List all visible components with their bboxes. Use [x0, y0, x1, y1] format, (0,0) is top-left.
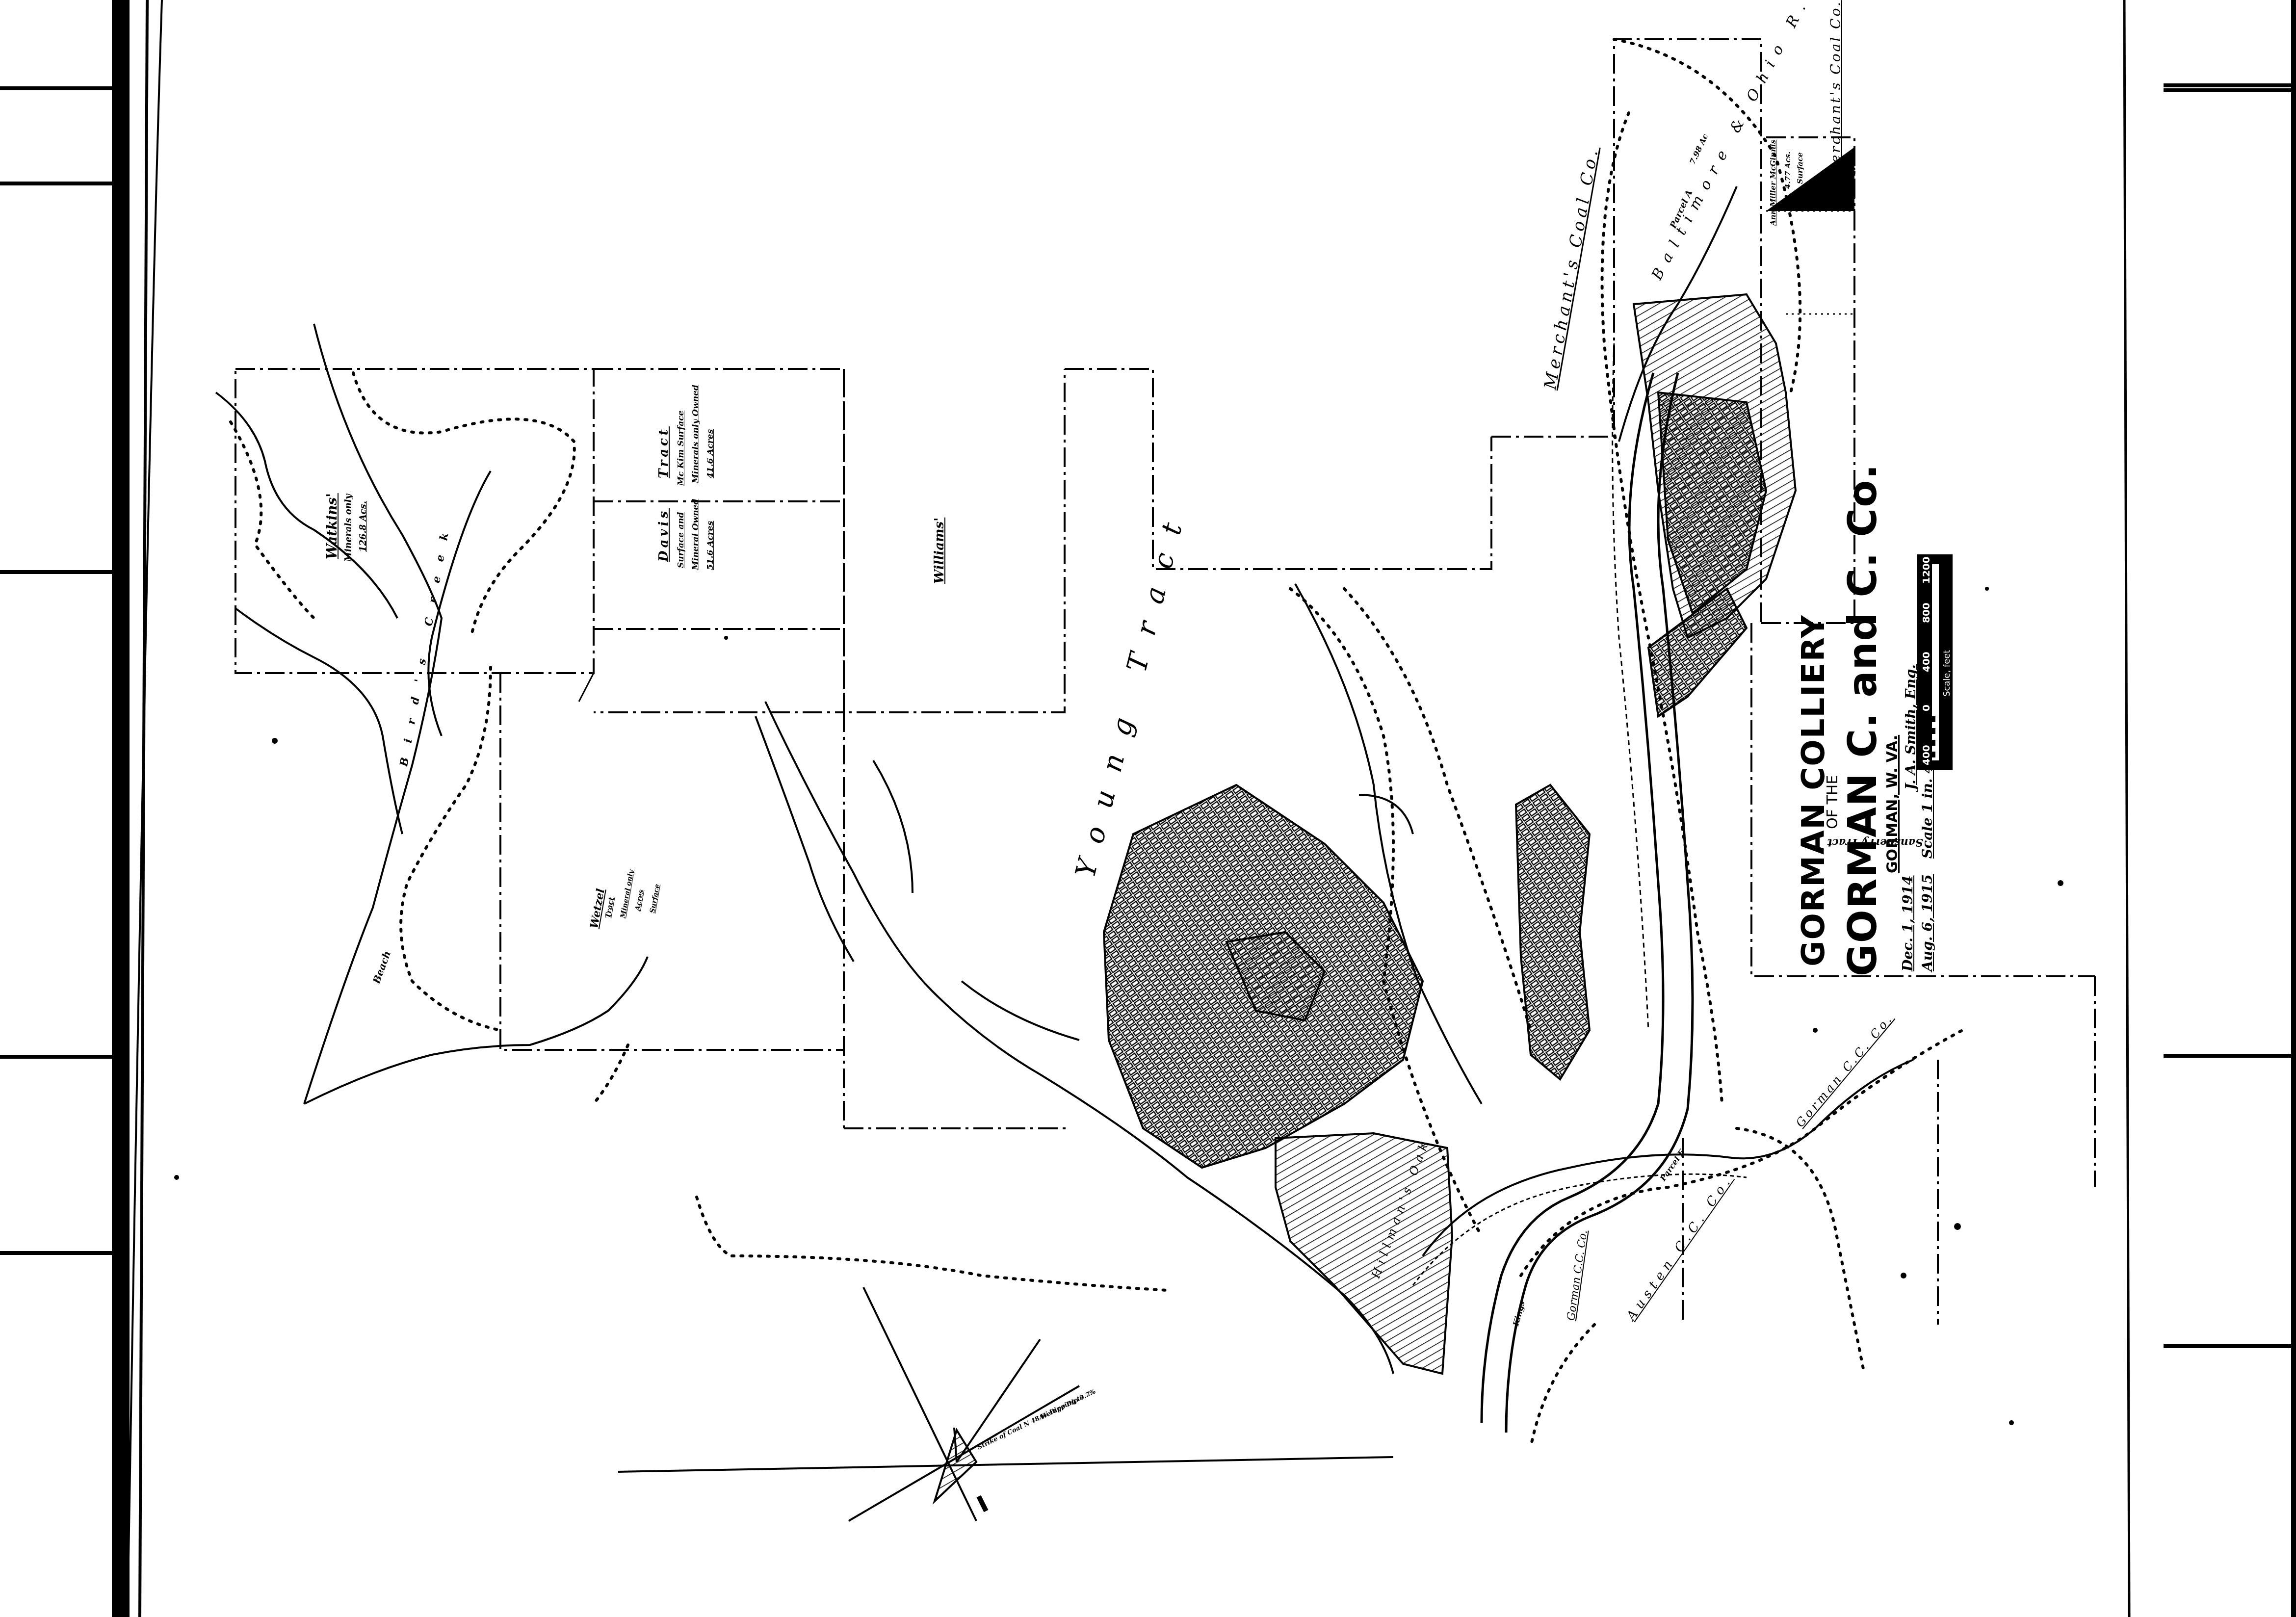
scale-tick: 400 [1920, 652, 1932, 672]
map-border-right [2124, 0, 2129, 1617]
scale-tick: 800 [1920, 602, 1932, 623]
title-surveyor: J. A. Smith, Eng. [1903, 664, 1919, 790]
tract-detail-davis-3: 51.6 Acres [705, 521, 715, 570]
scale-tick: 0 [1920, 704, 1932, 711]
tract-detail-mcginnis-2: Surface [1796, 153, 1804, 184]
tract-detail-watkins-2: 126.8 Acs. [358, 501, 368, 552]
tract-detail-davis-1: Surface and [676, 512, 686, 568]
tract-detail-upper-1: Mc Kim Surface [676, 411, 686, 486]
tract-detail-upper-2: Minerals only Owned [691, 385, 701, 483]
tract-detail-mcginnis-1: 4.77 Acs. [1783, 152, 1792, 189]
tract-label-upper: Tract [656, 426, 671, 478]
mine-workings [1104, 294, 1796, 1374]
scale-tick: 400 [1920, 745, 1932, 765]
scale-caption: Scale, feet [1942, 650, 1952, 697]
title-company: GORMAN C. and C. Co. [1840, 463, 1885, 976]
roads-dotted [231, 39, 1962, 1447]
tract-detail-upper-3: 41.6 Acres [705, 429, 715, 478]
tract-label-mcginnis: Ann Miller McGinnis [1769, 140, 1777, 226]
scale-bar: 400 0 400 800 1200 Scale, feet [1917, 554, 1953, 770]
title-date-2: Aug. 6, 1915 [1919, 874, 1935, 971]
strike-dip-compass [618, 1287, 1393, 1521]
tract-label-davis: Davis [656, 508, 671, 562]
tract-detail-watkins-1: Minerals only [343, 494, 354, 562]
tract-label-williams: Williams' [932, 518, 947, 584]
tract-detail-davis-2: Mineral Owned [691, 499, 701, 570]
company-label-merchants-2: Merchant's Coal Co. [1827, 0, 1844, 179]
scale-tick: 1200 [1920, 556, 1932, 584]
title-date-1: Dec. 1, 1914 [1900, 875, 1916, 971]
tract-label-watkins: Watkins' [324, 493, 340, 559]
map-border-left [140, 0, 147, 1617]
title-location: GORMAN, W. VA. [1884, 735, 1901, 873]
title-block: GORMAN COLLIERY OF THE GORMAN C. and C. … [1786, 623, 1992, 976]
title-of-the: OF THE [1824, 775, 1841, 829]
